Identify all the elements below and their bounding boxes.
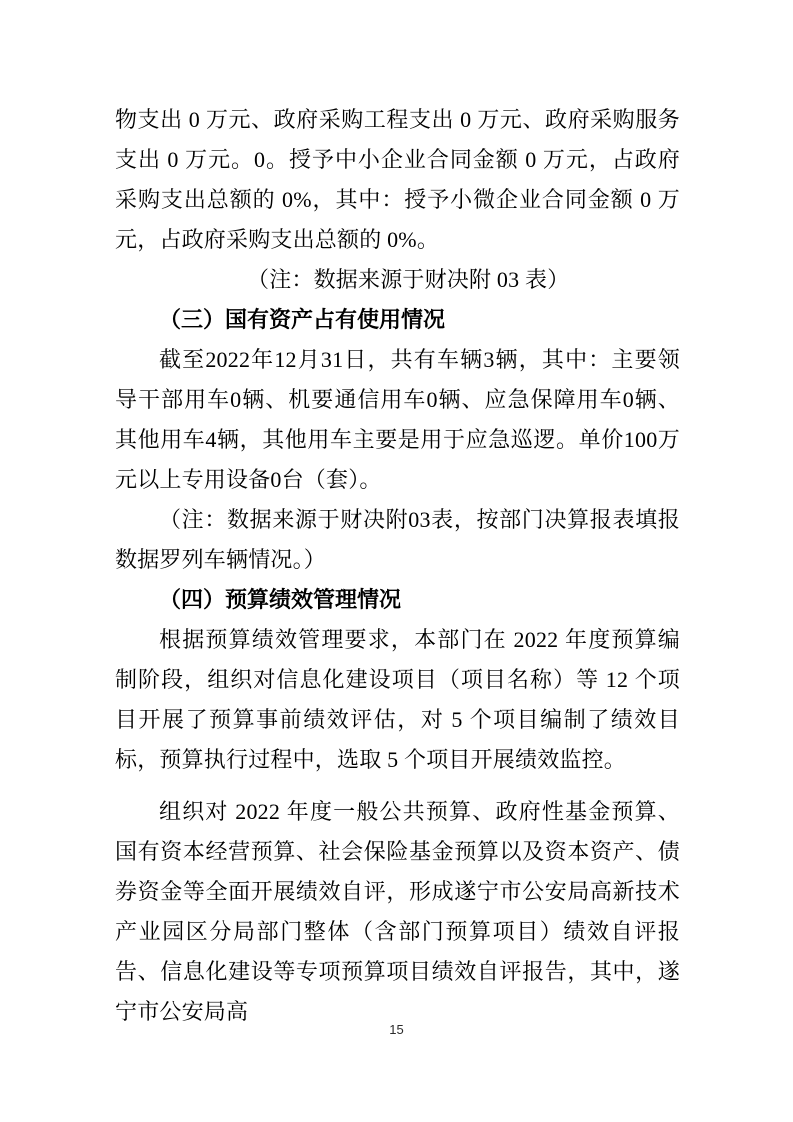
heading-section-3-state-assets: （三）国有资产占有使用情况 [115, 300, 680, 340]
page-number: 15 [0, 1020, 793, 1040]
note-data-source-1: （注：数据来源于财决附 03 表） [115, 260, 680, 300]
heading-section-4-budget-performance: （四）预算绩效管理情况 [115, 580, 680, 620]
paragraph-procurement-continuation: 物支出 0 万元、政府采购工程支出 0 万元、政府采购服务支出 0 万元。0。授… [115, 100, 680, 260]
paragraph-state-assets: 截至2022年12月31日，共有车辆3辆，其中：主要领导干部用车0辆、机要通信用… [115, 340, 680, 500]
note-data-source-2: （注：数据来源于财决附03表，按部门决算报表填报数据罗列车辆情况。） [115, 500, 680, 580]
page-content: 物支出 0 万元、政府采购工程支出 0 万元、政府采购服务支出 0 万元。0。授… [115, 100, 680, 1032]
document-page: 物支出 0 万元、政府采购工程支出 0 万元、政府采购服务支出 0 万元。0。授… [0, 0, 793, 1122]
paragraph-performance-management-1: 根据预算绩效管理要求，本部门在 2022 年度预算编制阶段，组织对信息化建设项目… [115, 620, 680, 780]
paragraph-performance-management-2: 组织对 2022 年度一般公共预算、政府性基金预算、国有资本经营预算、社会保险基… [115, 792, 680, 1032]
